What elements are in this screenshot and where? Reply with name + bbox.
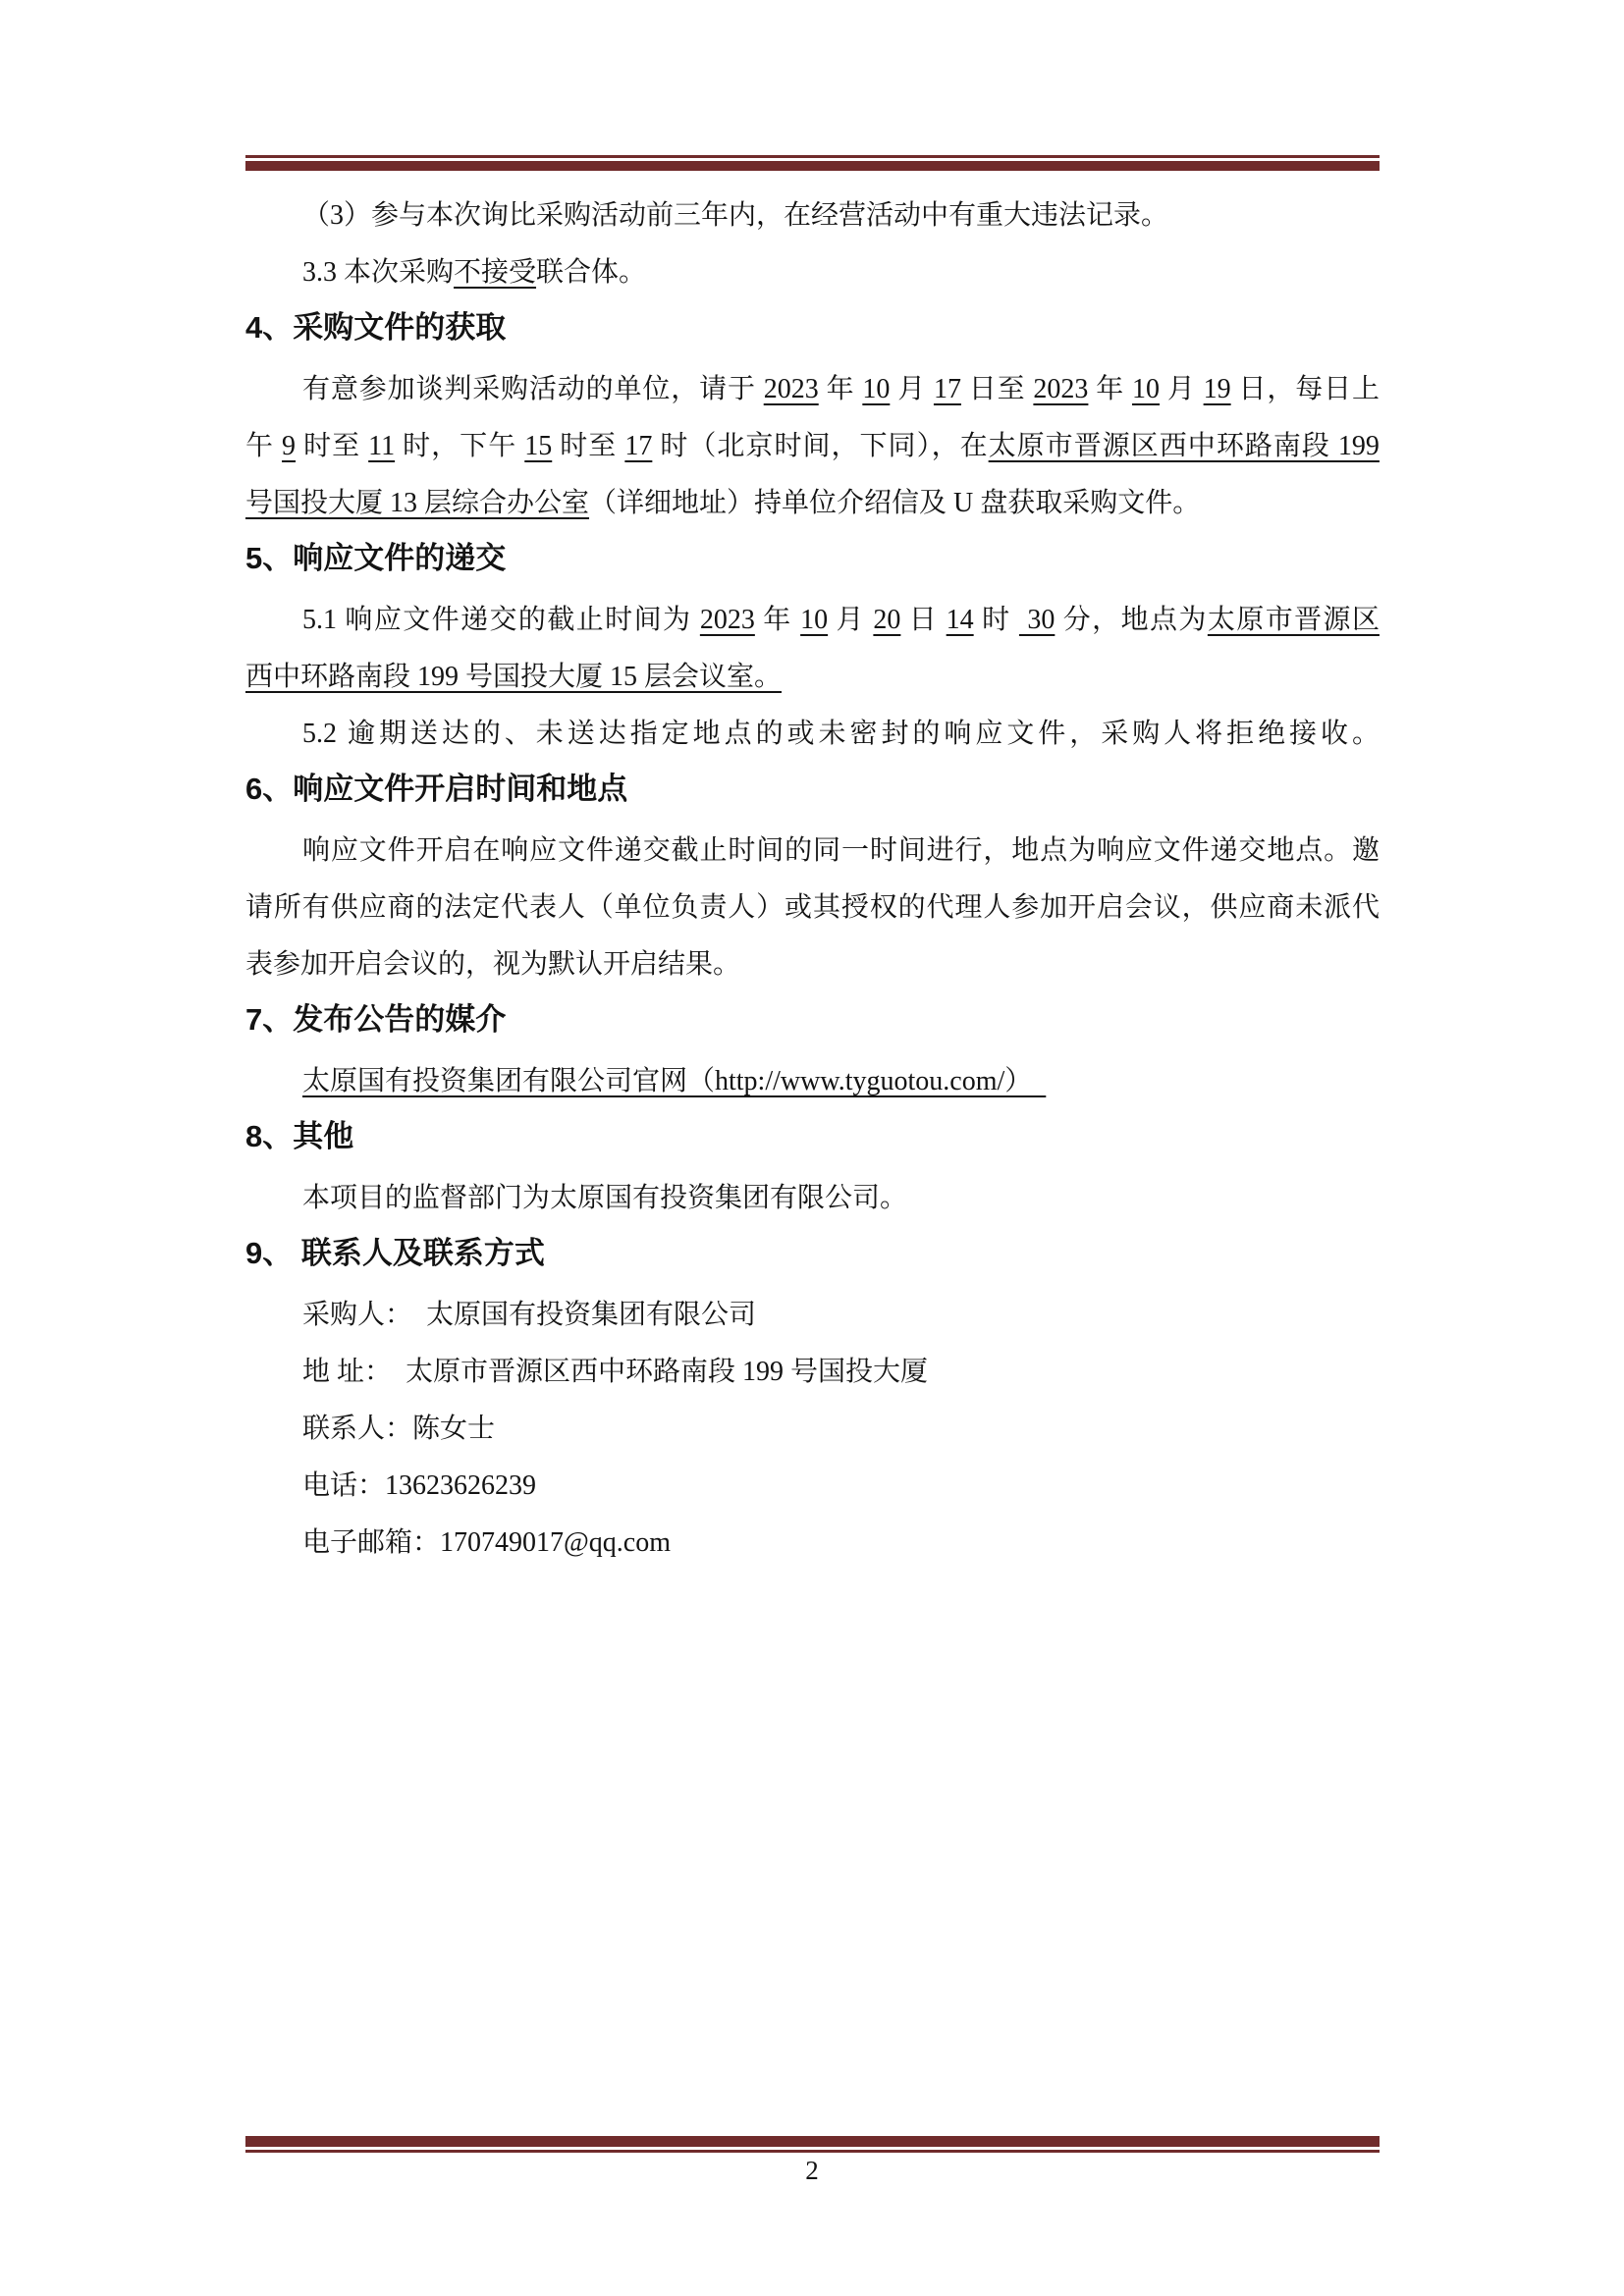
text-run: 年 <box>1088 374 1132 404</box>
underlined-text-run: 10 <box>862 374 890 404</box>
text-run: （详细地址）持单位介绍信及 U 盘获取采购文件。 <box>589 488 1200 518</box>
text-run: 年 <box>819 374 863 404</box>
page-number: 2 <box>0 2156 1624 2185</box>
underlined-text-run: 西中环路南段 199 号国投大厦 15 层会议室。 <box>245 662 782 692</box>
contact-phone-line: 电话：13623626239 <box>245 1458 1380 1515</box>
clause-3-subitem-3-line: （3）参与本次询比采购活动前三年内，在经营活动中有重大违法记录。 <box>245 187 1380 244</box>
underlined-text-run: 10 <box>800 605 828 635</box>
header-border-rule <box>245 155 1380 171</box>
underlined-text-run: 不接受 <box>454 257 536 288</box>
section-8-heading: 8、其他 <box>245 1108 1380 1165</box>
text-run: 月 <box>890 374 934 404</box>
section-4-heading: 4、采购文件的获取 <box>245 299 1380 356</box>
text-run: 表参加开启会议的，视为默认开启结果。 <box>245 949 740 980</box>
document-content: （3）参与本次询比采购活动前三年内，在经营活动中有重大违法记录。 3.3 本次采… <box>245 187 1380 1572</box>
underlined-text-run: 30 <box>1019 605 1055 635</box>
underlined-text-run: 19 <box>1204 374 1231 404</box>
text-run: 月 <box>1160 374 1204 404</box>
contact-label: 联系人： <box>302 1414 412 1444</box>
section-9-heading: 9、 联系人及联系方式 <box>245 1225 1380 1282</box>
text-run: 3.3 本次采购 <box>302 257 454 288</box>
text-run: 日 <box>900 605 946 635</box>
section-6-heading: 6、响应文件开启时间和地点 <box>245 761 1380 818</box>
text-run: 请所有供应商的法定代表人（单位负责人）或其授权的代理人参加开启会议，供应商未派代 <box>245 892 1380 923</box>
contact-label: 电话： <box>302 1470 385 1501</box>
underlined-text-run: 2023 <box>764 374 819 404</box>
contact-value: 陈女士 <box>412 1414 495 1444</box>
header-border-thin-line <box>245 155 1380 158</box>
contact-value: 170749017@qq.com <box>440 1527 671 1558</box>
footer-border-thin-line <box>245 2150 1380 2153</box>
underlined-text-run: 20 <box>873 605 900 635</box>
section-4-para-line-1: 有意参加谈判采购活动的单位，请于 2023 年 10 月 17 日至 2023 … <box>245 361 1380 418</box>
website-url-text: 太原国有投资集团有限公司官网（http://www.tyguotou.com/） <box>302 1066 1046 1096</box>
underlined-text-run: 2023 <box>700 605 755 635</box>
text-run: 日至 <box>961 374 1033 404</box>
section-8-para-line: 本项目的监督部门为太原国有投资集团有限公司。 <box>245 1170 1380 1227</box>
underlined-text-run: 太原市晋源区 <box>1208 605 1380 635</box>
heading-text: 7、发布公告的媒介 <box>245 1002 506 1037</box>
clause-5-2-line: 5.2 逾期送达的、未送达指定地点的或未密封的响应文件，采购人将拒绝接收。 <box>245 706 1380 763</box>
contact-person-line: 联系人：陈女士 <box>245 1401 1380 1458</box>
document-page: （3）参与本次询比采购活动前三年内，在经营活动中有重大违法记录。 3.3 本次采… <box>0 0 1624 2296</box>
clause-5-1-line-2: 西中环路南段 199 号国投大厦 15 层会议室。 <box>245 649 1380 706</box>
clause-5-1-line-1: 5.1 响应文件递交的截止时间为 2023 年 10 月 20 日 14 时 3… <box>245 592 1380 649</box>
section-6-para-line-1: 响应文件开启在响应文件递交截止时间的同一时间进行，地点为响应文件递交地点。邀 <box>245 823 1380 880</box>
heading-text: 8、其他 <box>245 1119 353 1153</box>
section-7-heading: 7、发布公告的媒介 <box>245 991 1380 1048</box>
text-run: 分，地点为 <box>1055 605 1208 635</box>
contact-value: 13623626239 <box>385 1470 536 1501</box>
text-run: 时（北京时间，下同），在 <box>652 431 988 461</box>
section-6-para-line-3: 表参加开启会议的，视为默认开启结果。 <box>245 936 1380 993</box>
section-6-para-line-2: 请所有供应商的法定代表人（单位负责人）或其授权的代理人参加开启会议，供应商未派代 <box>245 880 1380 936</box>
contact-label: 电子邮箱： <box>302 1527 440 1558</box>
underlined-text-run: 17 <box>934 374 961 404</box>
footer-border-thick-line <box>245 2136 1380 2147</box>
heading-text: 5、响应文件的递交 <box>245 541 506 575</box>
announcement-media-line: 太原国有投资集团有限公司官网（http://www.tyguotou.com/） <box>245 1053 1380 1110</box>
section-4-para-line-3: 号国投大厦 13 层综合办公室（详细地址）持单位介绍信及 U 盘获取采购文件。 <box>245 475 1380 532</box>
underlined-text-run: 14 <box>947 605 974 635</box>
section-4-para-line-2: 午 9 时至 11 时，下午 15 时至 17 时（北京时间，下同），在太原市晋… <box>245 418 1380 475</box>
contact-email-line: 电子邮箱：170749017@qq.com <box>245 1515 1380 1572</box>
contact-label: 地 址： <box>302 1357 392 1387</box>
underlined-text-run: 2023 <box>1033 374 1088 404</box>
footer-border-rule <box>245 2136 1380 2153</box>
contact-value: 太原国有投资集团有限公司 <box>426 1300 756 1330</box>
text-run: 响应文件开启在响应文件递交截止时间的同一时间进行，地点为响应文件递交地点。邀 <box>302 835 1380 866</box>
text-run: 本项目的监督部门为太原国有投资集团有限公司。 <box>302 1183 907 1213</box>
text-run: 午 <box>245 431 282 461</box>
underlined-text-run: 15 <box>524 431 552 461</box>
text-run: 5.1 响应文件递交的截止时间为 <box>302 605 700 635</box>
contact-address-line: 地 址：太原市晋源区西中环路南段 199 号国投大厦 <box>245 1344 1380 1401</box>
underlined-text-run: 9 <box>282 431 296 461</box>
underlined-text-run: 太原市晋源区西中环路南段 199 <box>989 431 1380 461</box>
header-border-thick-line <box>245 161 1380 171</box>
text-run: 月 <box>828 605 873 635</box>
text-run: 时至 <box>552 431 624 461</box>
underlined-text-run: 17 <box>624 431 652 461</box>
contact-purchaser-line: 采购人：太原国有投资集团有限公司 <box>245 1287 1380 1344</box>
text-run: 时 <box>974 605 1019 635</box>
underlined-text-run: 11 <box>368 431 395 461</box>
section-5-heading: 5、响应文件的递交 <box>245 530 1380 587</box>
text-run: 年 <box>755 605 800 635</box>
text-run: 时至 <box>296 431 368 461</box>
text-run: 5.2 逾期送达的、未送达指定地点的或未密封的响应文件，采购人将拒绝接收。 <box>302 719 1380 749</box>
heading-text: 9、 联系人及联系方式 <box>245 1236 545 1270</box>
text-run: （3）参与本次询比采购活动前三年内，在经营活动中有重大违法记录。 <box>302 200 1168 231</box>
underlined-text-run: 号国投大厦 13 层综合办公室 <box>245 488 589 518</box>
text-run: 时，下午 <box>395 431 524 461</box>
heading-text: 6、响应文件开启时间和地点 <box>245 772 627 806</box>
clause-3-3-line: 3.3 本次采购不接受联合体。 <box>245 244 1380 301</box>
text-run: 有意参加谈判采购活动的单位，请于 <box>302 374 764 404</box>
underlined-text-run: 10 <box>1132 374 1160 404</box>
text-run: 联合体。 <box>536 257 646 288</box>
text-run: 日，每日上 <box>1231 374 1380 404</box>
heading-text: 4、采购文件的获取 <box>245 310 506 345</box>
contact-value: 太原市晋源区西中环路南段 199 号国投大厦 <box>406 1357 928 1387</box>
contact-label: 采购人： <box>302 1300 412 1330</box>
